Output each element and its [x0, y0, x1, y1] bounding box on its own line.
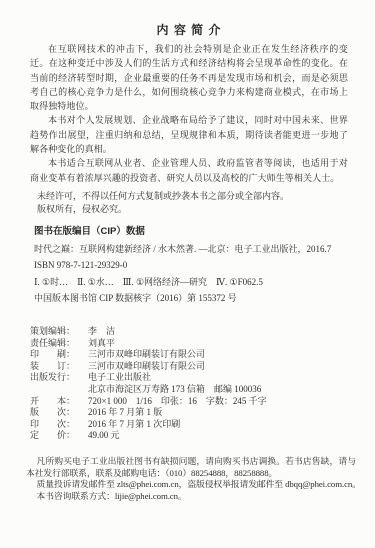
colophon-value: 北京市海淀区万寿路 173 信箱 邮编 100036 [88, 384, 348, 396]
book-copyright-page: 内 容 简 介 在互联网技术的冲击下，我们的社会特别是企业正在发生经济秩序的变迁… [0, 0, 375, 548]
colophon-row: 印 次： 2016 年 7 月第 1 次印刷 [30, 419, 348, 431]
colophon-value: 李 洁 [88, 326, 348, 338]
colophon-value: 2016 年 7 月第 1 版 [88, 407, 348, 419]
cip-classification-line: Ⅰ. ①时… Ⅱ. ①水… Ⅲ. ①网络经济—研究 Ⅳ. ①F062.5 [34, 277, 348, 288]
colophon-label: 开 本： [30, 396, 88, 408]
copyright-notice-line: 版权所有，侵权必究。 [37, 203, 348, 217]
colophon-row: 版 次： 2016 年 7 月第 1 版 [30, 407, 348, 419]
intro-paragraph: 本书适合互联网从业者、企业管理人员、政府监管者等阅读，也适用于对商业变革有着浓厚… [30, 156, 348, 185]
colophon-value: 720×1 000 1/16 印张：16 字数：245 千字 [88, 396, 348, 408]
colophon-label [30, 384, 88, 396]
colophon-value: 三河市双峰印刷装订有限公司 [88, 361, 348, 373]
colophon-row: 定 价： 49.00 元 [30, 430, 348, 442]
cip-heading: 图书在版编目（CIP）数据 [34, 226, 348, 238]
colophon-row: 策划编辑： 李 洁 [30, 326, 348, 338]
colophon-label: 出版发行： [30, 372, 88, 384]
colophon-value: 2016 年 7 月第 1 次印刷 [88, 419, 348, 431]
service-note-line: 凡所购买电子工业出版社图书有缺损问题，请向购买书店调换。若书店售缺，请与本社发行… [26, 456, 356, 479]
service-note-line: 质量投诉请发邮件至 zlts@phei.com.cn，盗版侵权举报请发邮件至 d… [26, 479, 356, 491]
colophon-row: 开 本： 720×1 000 1/16 印张：16 字数：245 千字 [30, 396, 348, 408]
colophon-value: 电子工业出版社 [88, 372, 348, 384]
isbn-line: ISBN 978-7-121-29329-0 [34, 260, 348, 271]
cip-registry-line: 中国版本图书馆 CIP 数据核字（2016）第 155372 号 [34, 293, 348, 304]
colophon-row: 出版发行： 电子工业出版社 [30, 372, 348, 384]
cip-data-block: 图书在版编目（CIP）数据 时代之巅：互联网构建新经济 / 水木然著. —北京：… [30, 226, 348, 304]
colophon-value: 刘真平 [88, 338, 348, 350]
colophon-row: 北京市海淀区万寿路 173 信箱 邮编 100036 [30, 384, 348, 396]
intro-paragraph: 在互联网技术的冲击下，我们的社会特别是企业正在发生经济秩序的变迁。在这种变迁中涉… [30, 42, 348, 113]
colophon-label: 策划编辑： [30, 326, 88, 338]
colophon-label: 印 刷： [30, 349, 88, 361]
cip-title-line: 时代之巅：互联网构建新经济 / 水木然著. —北京：电子工业出版社，2016.7 [34, 244, 348, 255]
colophon-label: 定 价： [30, 430, 88, 442]
colophon-value: 三河市双峰印刷装订有限公司 [88, 349, 348, 361]
intro-title: 内 容 简 介 [30, 22, 348, 38]
copyright-notice: 未经许可，不得以任何方式复制或抄袭本书之部分或全部内容。 版权所有，侵权必究。 [37, 190, 348, 217]
intro-paragraph: 本书对个人发展规划、企业战略布局给予了建议，同时对中国未来、世界趋势作出展望，注… [30, 113, 348, 156]
colophon-label: 版 次： [30, 407, 88, 419]
colophon-row: 责任编辑： 刘真平 [30, 338, 348, 350]
colophon-row: 装 订： 三河市双峰印刷装订有限公司 [30, 361, 348, 373]
service-note-line: 本书咨询联系方式：lijie@phei.com.cn。 [26, 491, 356, 503]
colophon-label: 责任编辑： [30, 338, 88, 350]
purchase-service-note: 凡所购买电子工业出版社图书有缺损问题，请向购买书店调换。若书店售缺，请与本社发行… [26, 456, 356, 503]
copyright-notice-line: 未经许可，不得以任何方式复制或抄袭本书之部分或全部内容。 [37, 190, 348, 204]
colophon-row: 印 刷： 三河市双峰印刷装订有限公司 [30, 349, 348, 361]
colophon-value: 49.00 元 [88, 430, 348, 442]
colophon: 策划编辑： 李 洁 责任编辑： 刘真平 印 刷： 三河市双峰印刷装订有限公司 装… [30, 326, 348, 442]
colophon-label: 印 次： [30, 419, 88, 431]
colophon-label: 装 订： [30, 361, 88, 373]
